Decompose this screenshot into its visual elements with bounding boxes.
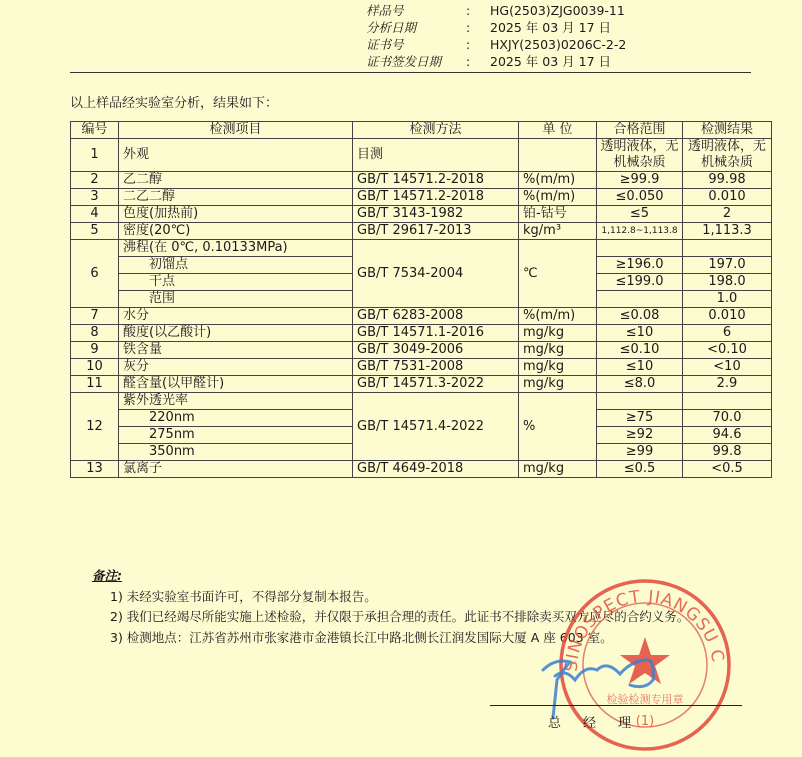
cell-range: ≥99: [597, 444, 683, 461]
cell-unit: %(m/m): [519, 172, 597, 189]
cell-no: 8: [71, 325, 119, 342]
cell-item: 灰分: [119, 359, 353, 376]
table-row: 7水分GB/T 6283-2008%(m/m)≤0.080.010: [71, 308, 772, 325]
cell-result: <0.10: [683, 342, 772, 359]
cell-no: 1: [71, 139, 119, 172]
cell-method: GB/T 6283-2008: [353, 308, 519, 325]
cell-method: GB/T 29617-2013: [353, 223, 519, 240]
cell-range: ≥196.0: [597, 257, 683, 274]
cell-result: <10: [683, 359, 772, 376]
cell-method: GB/T 14571.4-2022: [353, 393, 519, 461]
cell-range: ≤10: [597, 325, 683, 342]
cell-no: 5: [71, 223, 119, 240]
meta-row-sample-no: 样品号 : HG(2503)ZJG0039-11: [366, 2, 626, 19]
meta-row-certificate-no: 证书号 : HXJY(2503)0206C-2-2: [366, 36, 626, 53]
table-row: 5密度(20℃)GB/T 29617-2013kg/m³1,112.8~1,11…: [71, 223, 772, 240]
cell-result: 70.0: [683, 410, 772, 427]
table-row: 3二乙二醇GB/T 14571.2-2018%(m/m)≤0.0500.010: [71, 189, 772, 206]
results-table: 编号 检测项目 检测方法 单 位 合格范围 检测结果 1外观目测透明液体，无机械…: [70, 121, 772, 478]
cell-item: 乙二醇: [119, 172, 353, 189]
cell-item: 醛含量(以甲醛计): [119, 376, 353, 393]
cell-no: 13: [71, 461, 119, 478]
cell-unit: %: [519, 393, 597, 461]
cell-range: ≤199.0: [597, 274, 683, 291]
table-row: 10灰分GB/T 7531-2008mg/kg≤10<10: [71, 359, 772, 376]
cell-result: 2.9: [683, 376, 772, 393]
table-row: 13氯离子GB/T 4649-2018mg/kg≤0.5<0.5: [71, 461, 772, 478]
cell-method: GB/T 4649-2018: [353, 461, 519, 478]
svg-text:检验检测专用章: 检验检测专用章: [607, 692, 684, 706]
cell-subitem: 275nm: [119, 427, 353, 444]
cell-result: 1.0: [683, 291, 772, 308]
cell-item: 色度(加热前): [119, 206, 353, 223]
cell-range: 1,112.8~1,113.8: [597, 223, 683, 240]
cell-range: ≤0.10: [597, 342, 683, 359]
cell-range: ≤0.08: [597, 308, 683, 325]
table-row: 1外观目测透明液体，无机械杂质透明液体，无机械杂质: [71, 139, 772, 172]
cell-range: ≤8.0: [597, 376, 683, 393]
cell-item: 沸程(在 0℃, 0.10133MPa): [119, 240, 353, 257]
meta-label: 证书号: [366, 36, 466, 53]
cell-unit: mg/kg: [519, 359, 597, 376]
cell-unit: %(m/m): [519, 189, 597, 206]
meta-colon: :: [466, 19, 490, 36]
intro-text: 以上样品经实验室分析，结果如下：: [70, 92, 278, 111]
cell-no: 6: [71, 240, 119, 308]
meta-label: 分析日期: [366, 19, 466, 36]
cell-result: [683, 393, 772, 410]
cell-unit: mg/kg: [519, 376, 597, 393]
signature-icon: [535, 640, 675, 720]
cell-result: 0.010: [683, 308, 772, 325]
cell-range: [597, 240, 683, 257]
header-method: 检测方法: [353, 122, 519, 139]
cell-item: 铁含量: [119, 342, 353, 359]
cell-range: ≤5: [597, 206, 683, 223]
cell-item: 水分: [119, 308, 353, 325]
header-divider: [70, 72, 751, 73]
cell-result: 99.98: [683, 172, 772, 189]
cell-item: 紫外透光率: [119, 393, 353, 410]
table-header-row: 编号 检测项目 检测方法 单 位 合格范围 检测结果: [71, 122, 772, 139]
cell-method: GB/T 3049-2006: [353, 342, 519, 359]
cell-unit: kg/m³: [519, 223, 597, 240]
meta-value: HXJY(2503)0206C-2-2: [490, 36, 626, 53]
cell-no: 12: [71, 393, 119, 461]
cell-method: GB/T 14571.2-2018: [353, 172, 519, 189]
cell-result: [683, 240, 772, 257]
cell-item: 氯离子: [119, 461, 353, 478]
cell-no: 11: [71, 376, 119, 393]
header-unit: 单 位: [519, 122, 597, 139]
cell-no: 9: [71, 342, 119, 359]
table-row: 2乙二醇GB/T 14571.2-2018%(m/m)≥99.999.98: [71, 172, 772, 189]
cell-subitem: 干点: [119, 274, 353, 291]
notes-title: 备注:: [92, 566, 689, 587]
cell-subitem: 初馏点: [119, 257, 353, 274]
cell-range: ≤10: [597, 359, 683, 376]
note-item: 2) 我们已经竭尽所能实施上述检验，并仅限于承担合理的责任。此证书不排除卖买双方…: [92, 607, 689, 628]
note-item: 1) 未经实验室书面许可，不得部分复制本报告。: [92, 587, 689, 608]
meta-value: 2025 年 03 月 17 日: [490, 53, 611, 70]
signature-line: [490, 705, 742, 706]
cell-result: 94.6: [683, 427, 772, 444]
table-row: 6沸程(在 0℃, 0.10133MPa)GB/T 7534-2004℃: [71, 240, 772, 257]
cell-range: ≥99.9: [597, 172, 683, 189]
cell-range: [597, 393, 683, 410]
cell-unit: 铂-钴号: [519, 206, 597, 223]
cell-result: 6: [683, 325, 772, 342]
cell-result: 198.0: [683, 274, 772, 291]
cell-unit: mg/kg: [519, 325, 597, 342]
meta-row-issue-date: 证书签发日期 : 2025 年 03 月 17 日: [366, 53, 626, 70]
cell-item: 酸度(以乙酸计): [119, 325, 353, 342]
meta-colon: :: [466, 53, 490, 70]
cell-unit: mg/kg: [519, 461, 597, 478]
cell-result: 2: [683, 206, 772, 223]
header-item: 检测项目: [119, 122, 353, 139]
cell-method: GB/T 3143-1982: [353, 206, 519, 223]
header-no: 编号: [71, 122, 119, 139]
cell-range: ≥75: [597, 410, 683, 427]
header-result: 检测结果: [683, 122, 772, 139]
table-row: 8酸度(以乙酸计)GB/T 14571.1-2016mg/kg≤106: [71, 325, 772, 342]
cell-range: [597, 291, 683, 308]
cell-subitem: 350nm: [119, 444, 353, 461]
header-range: 合格范围: [597, 122, 683, 139]
table-row: 9铁含量GB/T 3049-2006mg/kg≤0.10<0.10: [71, 342, 772, 359]
cell-no: 10: [71, 359, 119, 376]
cell-unit: %(m/m): [519, 308, 597, 325]
cell-result: 99.8: [683, 444, 772, 461]
cell-result: 197.0: [683, 257, 772, 274]
cell-result: <0.5: [683, 461, 772, 478]
meta-label: 证书签发日期: [366, 53, 466, 70]
cell-range: ≤0.5: [597, 461, 683, 478]
cell-range: ≤0.050: [597, 189, 683, 206]
cell-method: GB/T 7531-2008: [353, 359, 519, 376]
cell-item: 二乙二醇: [119, 189, 353, 206]
cell-method: 目测: [353, 139, 519, 172]
meta-row-analysis-date: 分析日期 : 2025 年 03 月 17 日: [366, 19, 626, 36]
meta-label: 样品号: [366, 2, 466, 19]
cell-no: 3: [71, 189, 119, 206]
cell-range: ≥92: [597, 427, 683, 444]
cell-unit: ℃: [519, 240, 597, 308]
table-row: 12紫外透光率GB/T 14571.4-2022%: [71, 393, 772, 410]
meta-value: HG(2503)ZJG0039-11: [490, 2, 625, 19]
table-row: 11醛含量(以甲醛计)GB/T 14571.3-2022mg/kg≤8.02.9: [71, 376, 772, 393]
meta-colon: :: [466, 2, 490, 19]
certificate-meta: 样品号 : HG(2503)ZJG0039-11 分析日期 : 2025 年 0…: [366, 2, 626, 70]
cell-range: 透明液体，无机械杂质: [597, 139, 683, 172]
note-item: 3) 检测地点：江苏省苏州市张家港市金港镇长江中路北侧长江润发国际大厦 A 座 …: [92, 628, 689, 649]
cell-subitem: 220nm: [119, 410, 353, 427]
meta-colon: :: [466, 36, 490, 53]
cell-result: 1,113.3: [683, 223, 772, 240]
notes-section: 备注: 1) 未经实验室书面许可，不得部分复制本报告。 2) 我们已经竭尽所能实…: [92, 566, 689, 648]
cell-subitem: 范围: [119, 291, 353, 308]
meta-value: 2025 年 03 月 17 日: [490, 19, 611, 36]
table-row: 4色度(加热前)GB/T 3143-1982铂-钴号≤52: [71, 206, 772, 223]
cell-method: GB/T 7534-2004: [353, 240, 519, 308]
cell-no: 7: [71, 308, 119, 325]
cell-method: GB/T 14571.2-2018: [353, 189, 519, 206]
cell-method: GB/T 14571.3-2022: [353, 376, 519, 393]
cell-result: 透明液体，无机械杂质: [683, 139, 772, 172]
cell-unit: mg/kg: [519, 342, 597, 359]
cell-method: GB/T 14571.1-2016: [353, 325, 519, 342]
cell-result: 0.010: [683, 189, 772, 206]
cell-item: 密度(20℃): [119, 223, 353, 240]
cell-no: 2: [71, 172, 119, 189]
cell-item: 外观: [119, 139, 353, 172]
cell-no: 4: [71, 206, 119, 223]
general-manager-label: 总经理: [548, 712, 653, 731]
cell-unit: [519, 139, 597, 172]
